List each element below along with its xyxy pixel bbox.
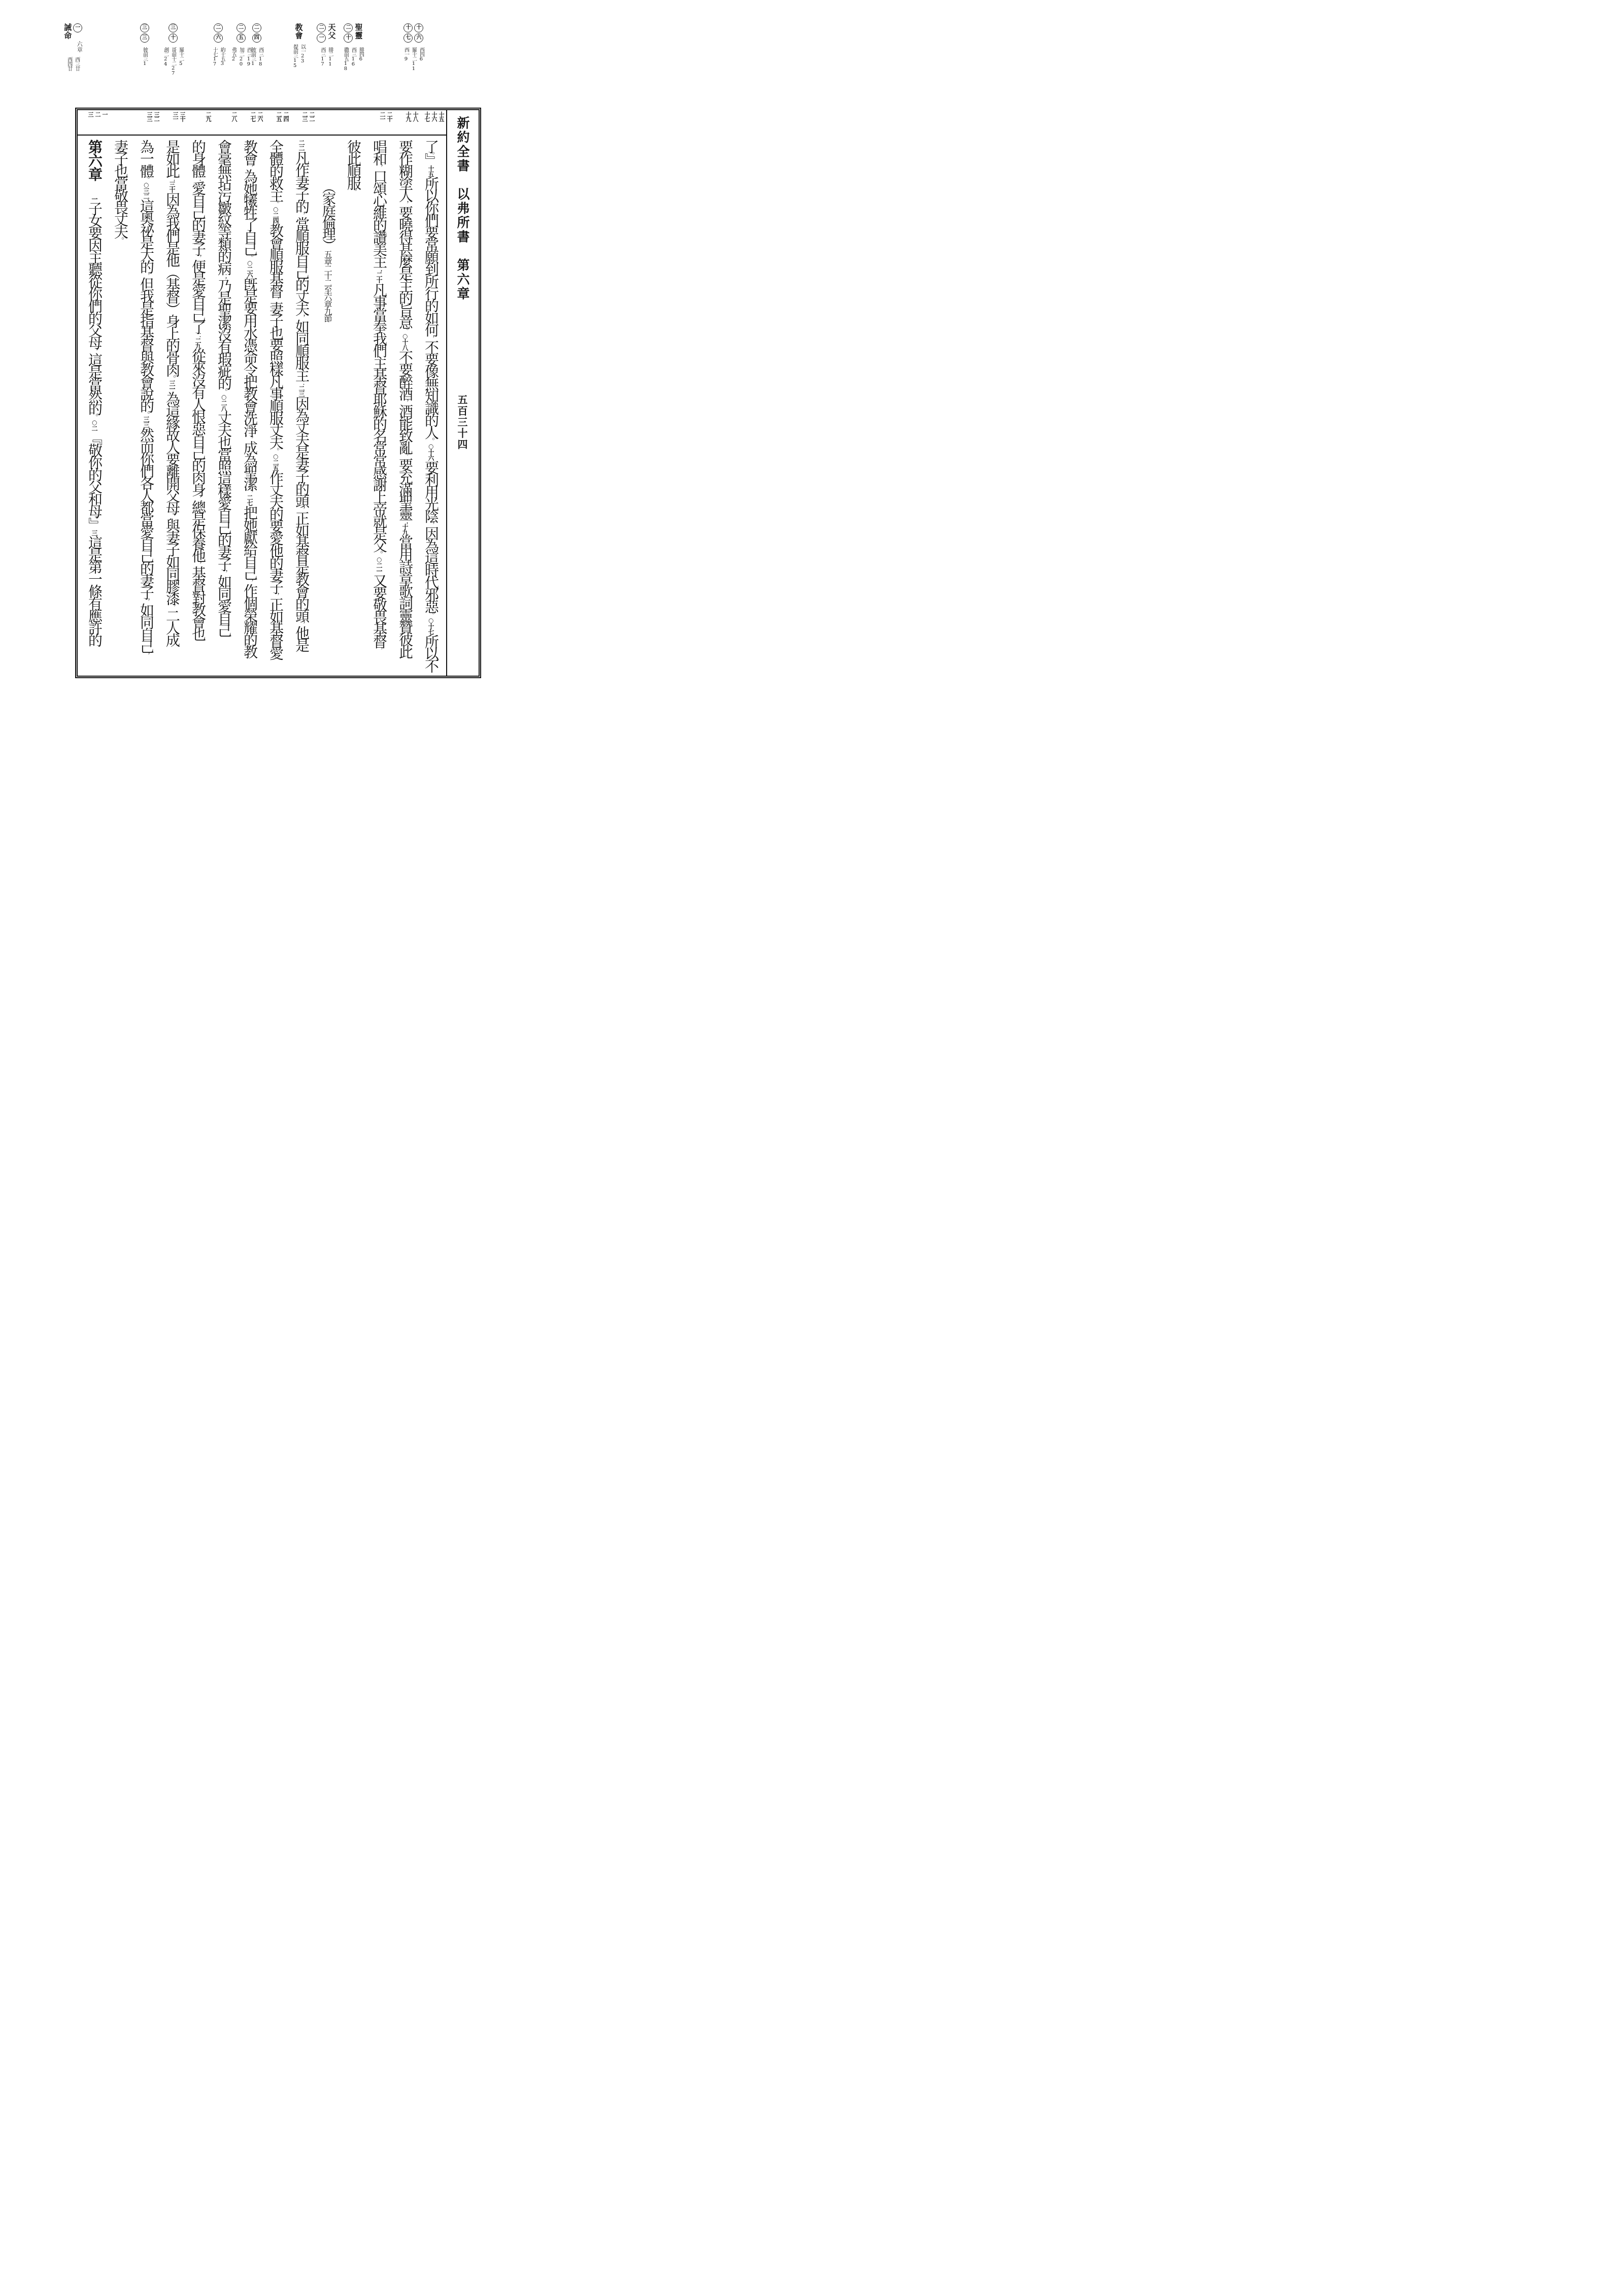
scanned-book-page: 十六十七西四6羅十二11西一9聖靈二十腓四6西三16撒前五18天父二一腓二11西… — [0, 0, 539, 766]
cross-reference: 以一23 — [300, 44, 306, 68]
punctuation: ， — [194, 561, 202, 566]
punctuation: ， — [220, 570, 228, 575]
scripture-text: 因為我們是他（基督）身上的骨肉。 — [164, 192, 181, 380]
scripture-text: 這是第一條有應許的 — [86, 536, 103, 645]
circled-digit: 十 — [414, 23, 423, 32]
circled-digit: 七 — [403, 34, 413, 43]
circled-digit: 十 — [169, 34, 178, 43]
text-column: 全體的救主。○二四教會順服基督，妻子也要照樣凡事順服丈夫。○二五作丈夫的要愛他的… — [263, 140, 289, 674]
chapter-heading: 第六章 — [86, 140, 103, 181]
cross-reference: 西三廿 — [74, 57, 80, 71]
text-column: 要作糊塗人，要曉得甚麼是主的旨意。○十八不要醉酒，酒能致亂，要充滿聖靈；十九當用… — [392, 140, 418, 674]
spacer — [94, 181, 95, 196]
circled-number: 二十 — [344, 23, 353, 43]
verse-marker: 二三 — [298, 385, 305, 396]
scripture-text: 這奧祕是大的，但我是指基督與教會說的。 — [138, 199, 155, 416]
cross-reference: 羅十二5 — [178, 47, 184, 76]
circled-number: 二六 — [214, 23, 223, 43]
verse-marker: 三 — [91, 530, 98, 536]
section-title: （家庭倫理） — [320, 180, 335, 250]
scripture-text: 要利用光陰，因為這時代邪惡。 — [423, 460, 440, 617]
punctuation: ， — [272, 592, 280, 597]
circled-number: 十七 — [403, 23, 413, 43]
column-verse-number: 二七 — [250, 112, 256, 135]
punctuation: ， — [297, 506, 306, 511]
column-verse-number: 二二 — [309, 112, 315, 135]
scripture-text: 所以你們要常願到所行的如何，不要像無知識的人。 — [423, 177, 440, 443]
strip-cell — [108, 112, 133, 135]
cross-reference: 西一9 — [403, 47, 409, 71]
text-column: 了。』十五所以你們要常願到所行的如何，不要像無知識的人。○十六要利用光陰，因為這… — [418, 140, 444, 674]
cross-reference: 腓二11 — [327, 47, 333, 66]
strip-cell: 二八 — [211, 112, 237, 135]
punctuation: 。 — [246, 254, 254, 259]
scripture-text: 唱和，口頌心維的讚美主； — [371, 140, 388, 272]
cross-reference: 腓四6 — [358, 47, 363, 71]
punctuation: ： — [194, 176, 202, 181]
verse-marker: 三一 — [169, 380, 176, 391]
punctuation: 。 — [427, 152, 435, 153]
text-column: 妻子也當敬畏丈夫。 — [108, 140, 133, 674]
punctuation: ： — [297, 380, 306, 385]
cross-reference: 西三17 — [320, 47, 325, 66]
verse-marker: 二二 — [298, 140, 305, 151]
verse-marker: 十五 — [427, 165, 434, 177]
verse-marker: 二九 — [194, 338, 201, 349]
strip-cell: 二四二五 — [263, 112, 289, 135]
punctuation: ， — [142, 598, 150, 603]
margin-reference-cluster: 天父二一腓二11西三17 — [317, 23, 335, 66]
column-verse-number: 二六 — [257, 112, 263, 135]
strip-cell — [315, 112, 341, 135]
circled-number: 十六 — [414, 23, 423, 43]
scripture-text: 教會順服基督，妻子也要照樣凡事順服丈夫。 — [267, 223, 284, 453]
punctuation: 。 — [90, 516, 98, 518]
column-verse-number: 十五 — [438, 112, 444, 135]
scripture-text: 妻子也當敬畏丈夫。 — [112, 140, 129, 242]
scripture-text: 把她獻給自己，作個榮耀的教 — [242, 506, 258, 657]
book-title: 新約全書 以弗所書 第六章 — [447, 116, 478, 301]
verse-marker: 一 — [91, 196, 98, 202]
column-verse-number: 二九 — [205, 112, 211, 135]
cross-reference: 十七17 — [212, 47, 217, 66]
text-frame: 十五十六十七十八十九二十二一二二二三二四二五二六二七二八二九三十三一三二三三一二… — [75, 108, 481, 678]
scripture-text: 為一體。 — [138, 140, 155, 181]
punctuation: 。 — [427, 612, 435, 617]
punctuation: ， — [168, 604, 176, 609]
margin-reference-cluster: 二六約十五3十七17 — [212, 23, 225, 66]
circled-digit: 三 — [140, 34, 149, 43]
margin-reference-cluster: 二四西三18彼前三1 — [250, 23, 263, 66]
column-verse-number: 三十 — [179, 112, 185, 135]
column-verse-number: 十九 — [405, 112, 411, 135]
punctuation: 。 — [220, 388, 228, 393]
punctuation: ， — [401, 201, 409, 206]
column-verse-number: 十七 — [424, 112, 430, 135]
cross-reference: 創二24 — [163, 47, 169, 76]
text-column: 唱和，口頌心維的讚美主；二十凡事當奉我們主基督耶穌的名常常感謝上帝就是父。○二一… — [366, 140, 392, 674]
strip-cell: 二十二一 — [366, 112, 392, 135]
punctuation: ， — [142, 272, 150, 277]
verse-marker: 三三 — [143, 416, 150, 427]
circled-digit: 一 — [317, 34, 326, 43]
scripture-text: 然而你們各人都當愛自己的妻子，如同自己， — [138, 427, 155, 657]
topic-label: 天父 — [327, 23, 335, 40]
scripture-text: 彼此順服。 — [345, 140, 362, 193]
circled-digit: 二 — [344, 23, 353, 32]
strip-cell: 二二二三 — [289, 112, 315, 135]
margin-reference-cluster: 三三彼前三1 — [140, 23, 149, 66]
scripture-text: 因為丈夫是妻子的頭，正如基督是教會的頭，他是 — [293, 396, 310, 650]
chapter-sublabel: 六章 — [76, 41, 82, 52]
cross-reference: 彼前三1 — [142, 47, 148, 66]
text-column: 的身體：愛自己的妻子，便是愛自己了：二九從來沒有人恨惡自己的肉身，總是保養他，基… — [185, 140, 211, 674]
scripture-text: 『敬你的父和母。』 — [86, 431, 103, 530]
verse-number-strip: 十五十六十七十八十九二十二一二二二三二四二五二六二七二八二九三十三一三二三三一二… — [78, 110, 447, 136]
punctuation: ， — [427, 335, 435, 340]
punctuation: ， — [401, 399, 409, 404]
verse-marker: ○十八 — [401, 332, 409, 350]
cross-reference: 西三19 — [246, 47, 252, 66]
verse-marker: ○二八 — [220, 393, 227, 411]
circled-number: 二四 — [252, 23, 261, 43]
circled-digit: 六 — [414, 34, 423, 43]
punctuation: ， — [194, 495, 202, 500]
column-verse-number: 二八 — [231, 112, 237, 135]
column-verse-number: 十八 — [412, 112, 418, 135]
circled-digit: 十 — [344, 34, 353, 43]
column-verse-number: 二五 — [276, 112, 282, 135]
column-verse-number: 十六 — [431, 112, 437, 135]
circled-number: 二一 — [317, 23, 326, 43]
punctuation: 。 — [272, 201, 280, 206]
scripture-text: 從來沒有人恨惡自己的肉身，總是保養他，基督對教會也 — [190, 349, 207, 639]
text-column: 會毫無玷污皺紋等類的病；乃是聖潔沒有瑕疵的。○二八丈夫也當照這樣愛自己的妻子，如… — [211, 140, 237, 674]
text-column: 為一體。○三二這奧祕是大的，但我是指基督與教會說的。三三然而你們各人都當愛自己的… — [133, 140, 159, 674]
margin-reference-cluster: 教會以一23提前三15 — [292, 23, 306, 68]
column-verse-number: 三三 — [146, 112, 152, 135]
circled-digit: 五 — [237, 34, 246, 43]
scripture-text: 是如此： — [164, 140, 181, 181]
punctuation: ， — [246, 579, 254, 584]
scripture-text: 凡事當奉我們主基督耶穌的名常常感謝上帝就是父。 — [371, 283, 388, 556]
top-margin-annotations: 十六十七西四6羅十二11西一9聖靈二十腓四6西三16撒前五18天父二一腓二11西… — [0, 0, 539, 107]
column-verse-number: 二 — [94, 112, 100, 135]
title-column: 新約全書 以弗所書 第六章 五百三十四 — [446, 110, 479, 676]
verse-marker: ○二四 — [272, 206, 279, 223]
section-range: 五章二十二至六章九節 — [323, 250, 332, 321]
verse-marker: ○二五 — [272, 453, 279, 471]
circled-number: 三三 — [140, 23, 149, 43]
scripture-text: 丈夫也當照這樣愛自己的妻子，如同愛自己 — [216, 411, 232, 636]
punctuation: ， — [375, 647, 383, 652]
cross-reference: 撒前五18 — [343, 47, 348, 71]
punctuation: ； — [220, 274, 228, 279]
punctuation: 。 — [142, 411, 150, 416]
strip-cell: 一二三 — [82, 112, 108, 135]
cross-reference: 西三18 — [258, 47, 263, 66]
punctuation: ， — [246, 164, 254, 169]
verse-marker: ○二 — [91, 419, 98, 431]
verse-marker: ○三二 — [143, 181, 150, 199]
cross-reference: 羅十二11 — [411, 47, 416, 71]
margin-reference-cluster: 三十羅十二5哥前十二27創二24 — [163, 23, 184, 76]
verse-marker: 二十 — [376, 272, 383, 283]
column-verse-number: 一 — [102, 112, 108, 135]
punctuation: ， — [427, 521, 435, 526]
margin-reference-cluster: 一誡命六章西三廿西四廿 — [63, 23, 82, 71]
scripture-text: 不要醉酒，酒能致亂，要充滿聖靈； — [397, 350, 414, 524]
verse-marker: ○十七 — [427, 617, 434, 635]
cross-reference: 哥前十二27 — [171, 47, 176, 76]
circled-digit: 三 — [169, 23, 178, 32]
punctuation: 。 — [349, 188, 357, 193]
punctuation: ， — [168, 513, 176, 518]
verse-marker: ○二一 — [376, 556, 383, 574]
text-column: 是如此：三十因為我們是他（基督）身上的骨肉。三一為這緣故人要離開父母，與妻子如同… — [159, 140, 185, 674]
punctuation: ， — [375, 164, 383, 169]
text-column: 二二凡作妻子的，當順服自己的丈夫，如同順服主：二三因為丈夫是妻子的頭，正如基督是… — [289, 140, 315, 674]
text-column: 彼此順服。 — [341, 140, 366, 674]
column-verse-number: 三一 — [172, 112, 178, 135]
verse-marker: ○二六 — [246, 259, 253, 277]
scripture-text: 作丈夫的要愛他的妻子，正如基督愛 — [267, 471, 284, 658]
scripture-text: 了。』 — [423, 140, 440, 165]
column-verse-number: 二十 — [386, 112, 392, 135]
punctuation: ， — [297, 621, 306, 626]
scripture-text: 的身體：愛自己的妻子，便是愛自己了： — [190, 140, 207, 338]
scripture-text: 凡作妻子的，當順服自己的丈夫，如同順服主： — [293, 151, 310, 385]
scripture-text: 又要敬畏基督， — [371, 574, 388, 652]
scripture-text: 全體的救主。 — [267, 140, 284, 206]
punctuation: ； — [401, 519, 409, 524]
strip-cell: 十五十六十七 — [418, 112, 444, 135]
text-column: 第六章一子女要因主聽從你們的父母，這是當然的。○二『敬你的父和母。』三這是第一條… — [82, 140, 108, 674]
punctuation: 。 — [375, 551, 383, 556]
punctuation: ， — [194, 254, 202, 259]
circled-digit: 四 — [252, 34, 261, 43]
margin-reference-cluster: 十六十七西四6羅十二11西一9 — [403, 23, 424, 71]
margin-reference-cluster: 二五西三19加二20弗五2 — [231, 23, 252, 66]
strip-cell: 二九 — [185, 112, 211, 135]
verse-marker: 二七 — [246, 494, 253, 506]
punctuation: 。 — [168, 375, 176, 380]
punctuation: 。 — [427, 438, 435, 443]
punctuation: ； — [375, 267, 383, 272]
punctuation: 。 — [401, 327, 409, 332]
circled-number: 二五 — [237, 23, 246, 43]
cross-reference: 西四6 — [418, 47, 424, 71]
topic-label: 教會 — [295, 23, 303, 40]
circled-digit: 六 — [214, 34, 223, 43]
scripture-text: 要作糊塗人，要曉得甚麼是主的旨意。 — [397, 140, 414, 332]
punctuation: 。 — [116, 237, 124, 242]
cross-reference: 加二20 — [239, 47, 244, 66]
scripture-text: 子女要因主聽從你們的父母，這是當然的。 — [86, 202, 103, 419]
cross-reference: 弗五2 — [231, 47, 237, 66]
column-verse-number: 三二 — [153, 112, 159, 135]
column-verse-number: 三 — [87, 112, 93, 135]
circled-digit: 二 — [214, 23, 223, 32]
punctuation: 。 — [272, 448, 280, 453]
punctuation: ： — [194, 332, 202, 338]
punctuation: ： — [168, 176, 176, 181]
column-verse-number: 二四 — [283, 112, 289, 135]
topic-label: 聖靈 — [354, 23, 362, 40]
punctuation: ， — [401, 453, 409, 458]
punctuation: ， — [297, 314, 306, 319]
punctuation: ， — [246, 489, 254, 494]
scripture-text: 為這緣故人要離開父母，與妻子如同膠漆，二人成 — [164, 391, 181, 645]
margin-reference-cluster: 聖靈二十腓四6西三16撒前五18 — [343, 23, 363, 71]
scripture-text: 所以不 — [423, 635, 440, 671]
strip-cell: 三十三一 — [159, 112, 185, 135]
punctuation: 。 — [90, 414, 98, 419]
circled-digit: 二 — [317, 23, 326, 32]
circled-digit: 十 — [403, 23, 413, 32]
circled-number: 一 — [73, 23, 82, 32]
strip-cell: 二六二七 — [237, 112, 263, 135]
topic-label: 誡命 — [63, 23, 72, 40]
punctuation: 。 — [142, 176, 150, 181]
column-verse-number: 二三 — [301, 112, 308, 135]
scripture-text-area: 了。』十五所以你們要常願到所行的如何，不要像無知識的人。○十六要利用光陰，因為這… — [79, 136, 447, 676]
punctuation: ， — [272, 296, 280, 302]
verse-marker: 三十 — [169, 181, 176, 192]
scripture-text: 當用詩章歌詞靈贊彼此 — [397, 535, 414, 657]
circled-digit: 一 — [73, 23, 82, 32]
punctuation: ， — [297, 212, 306, 217]
punctuation: ， — [142, 652, 150, 657]
circled-digit: 二 — [237, 23, 246, 32]
section-header-column: （家庭倫理）五章二十二至六章九節 — [315, 140, 341, 674]
column-verse-number: 二一 — [379, 112, 385, 135]
scripture-text: 會毫無玷污皺紋等類的病；乃是聖潔沒有瑕疵的。 — [216, 140, 232, 393]
cross-reference: 提前三15 — [292, 44, 298, 68]
verse-marker: 十九 — [401, 524, 409, 535]
strip-cell: 十八十九 — [392, 112, 418, 135]
text-column: 教會，為她犧牲了自己。○二六旣是要用水憑命令把教會洗淨，成為聖潔，二七把她獻給自… — [237, 140, 263, 674]
cross-reference: 約十五3 — [219, 47, 225, 66]
circled-number: 三十 — [169, 23, 178, 43]
scripture-text: 旣是要用水憑命令把教會洗淨，成為聖潔， — [242, 277, 258, 494]
circled-digit: 二 — [252, 23, 261, 32]
cross-reference: 西三16 — [350, 47, 356, 71]
cross-reference: 西四廿 — [66, 57, 72, 71]
strip-cell: 三二三三 — [133, 112, 159, 135]
page-number: 五百三十四 — [455, 394, 469, 450]
strip-cell — [341, 112, 366, 135]
punctuation: ， — [246, 436, 254, 441]
scripture-text: 教會，為她犧牲了自己。 — [242, 140, 258, 259]
circled-digit: 三 — [140, 23, 149, 32]
verse-marker: ○十六 — [427, 443, 434, 460]
punctuation: ， — [90, 348, 98, 353]
